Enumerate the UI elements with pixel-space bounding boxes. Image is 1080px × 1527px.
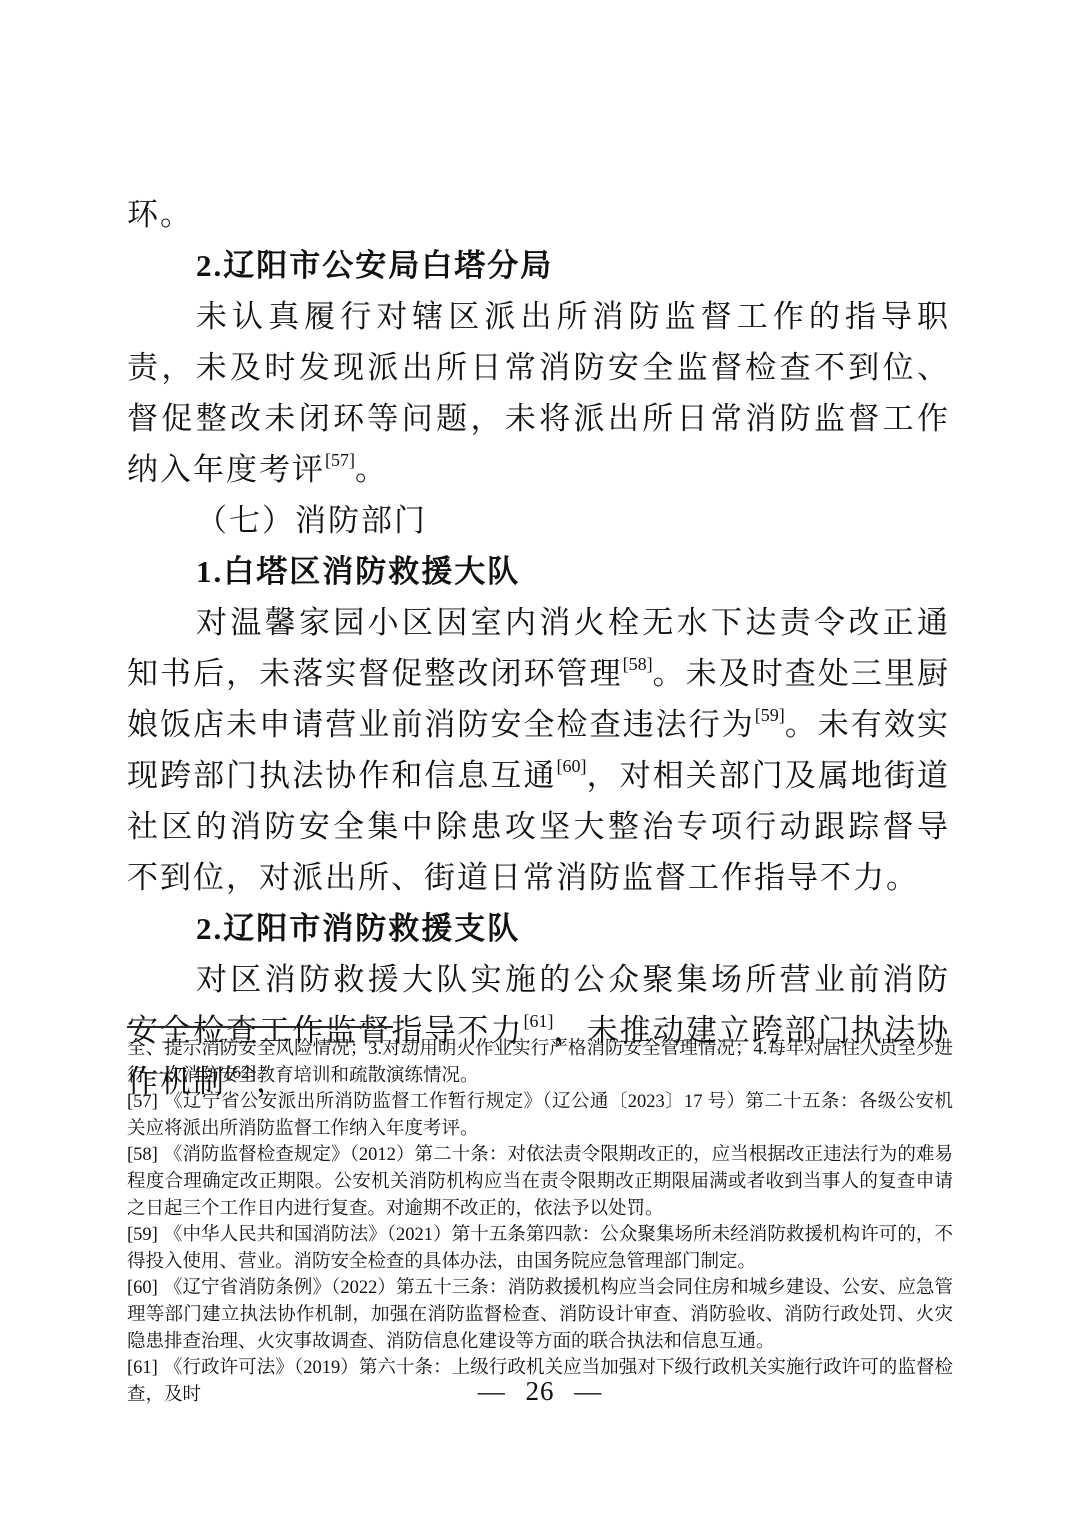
footnote-ref: [57] [325,450,355,470]
document-page: 环。2.辽阳市公安局白塔分局未认真履行对辖区派出所消防监督工作的指导职责，未及时… [0,0,1080,1527]
footnote-item: [58]《消防监督检查规定》（2012）第二十条：对依法责令限期改正的，应当根据… [127,1142,953,1222]
footnote-ref: [60] [557,756,587,776]
body-paragraph: 对温馨家园小区因室内消火栓无水下达责令改正通知书后，未落实督促整改闭环管理[58… [127,597,950,903]
footnote-ref: [58] [623,654,653,674]
footnote-item: 全、提示消防安全风险情况；3.对动用明火作业实行严格消防安全管理情况；4.每年对… [127,1036,953,1089]
paragraph-continuation: 环。 [127,189,950,240]
page-footer: — 26 — [0,1376,1080,1407]
footnote-marker: [57] [127,1092,158,1112]
numbered-heading: 2.辽阳市消防救援支队 [127,903,950,954]
page-number: — 26 — [478,1376,603,1406]
section-heading: （七）消防部门 [127,495,950,546]
footnote-item: [59]《中华人民共和国消防法》（2021）第十五条第四款：公众聚集场所未经消防… [127,1222,953,1275]
document-body: 环。2.辽阳市公安局白塔分局未认真履行对辖区派出所消防监督工作的指导职责，未及时… [127,189,950,1107]
footnote-ref: [61] [524,1011,554,1031]
numbered-heading: 1.白塔区消防救援大队 [127,546,950,597]
footnote-ref: [59] [755,705,785,725]
footnotes: 全、提示消防安全风险情况；3.对动用明火作业实行严格消防安全管理情况；4.每年对… [127,1036,953,1408]
footnote-item: [60]《辽宁省消防条例》（2022）第五十三条：消防救援机构应当会同住房和城乡… [127,1275,953,1355]
footnote-marker: [60] [127,1278,158,1298]
footnote-marker: [58] [127,1145,158,1165]
footnote-item: [57]《辽宁省公安派出所消防监督工作暂行规定》（辽公通〔2023〕17 号）第… [127,1089,953,1142]
footnote-marker: [59] [127,1225,158,1245]
footnote-separator [127,1026,393,1028]
body-paragraph: 未认真履行对辖区派出所消防监督工作的指导职责，未及时发现派出所日常消防安全监督检… [127,291,950,495]
numbered-heading: 2.辽阳市公安局白塔分局 [127,240,950,291]
